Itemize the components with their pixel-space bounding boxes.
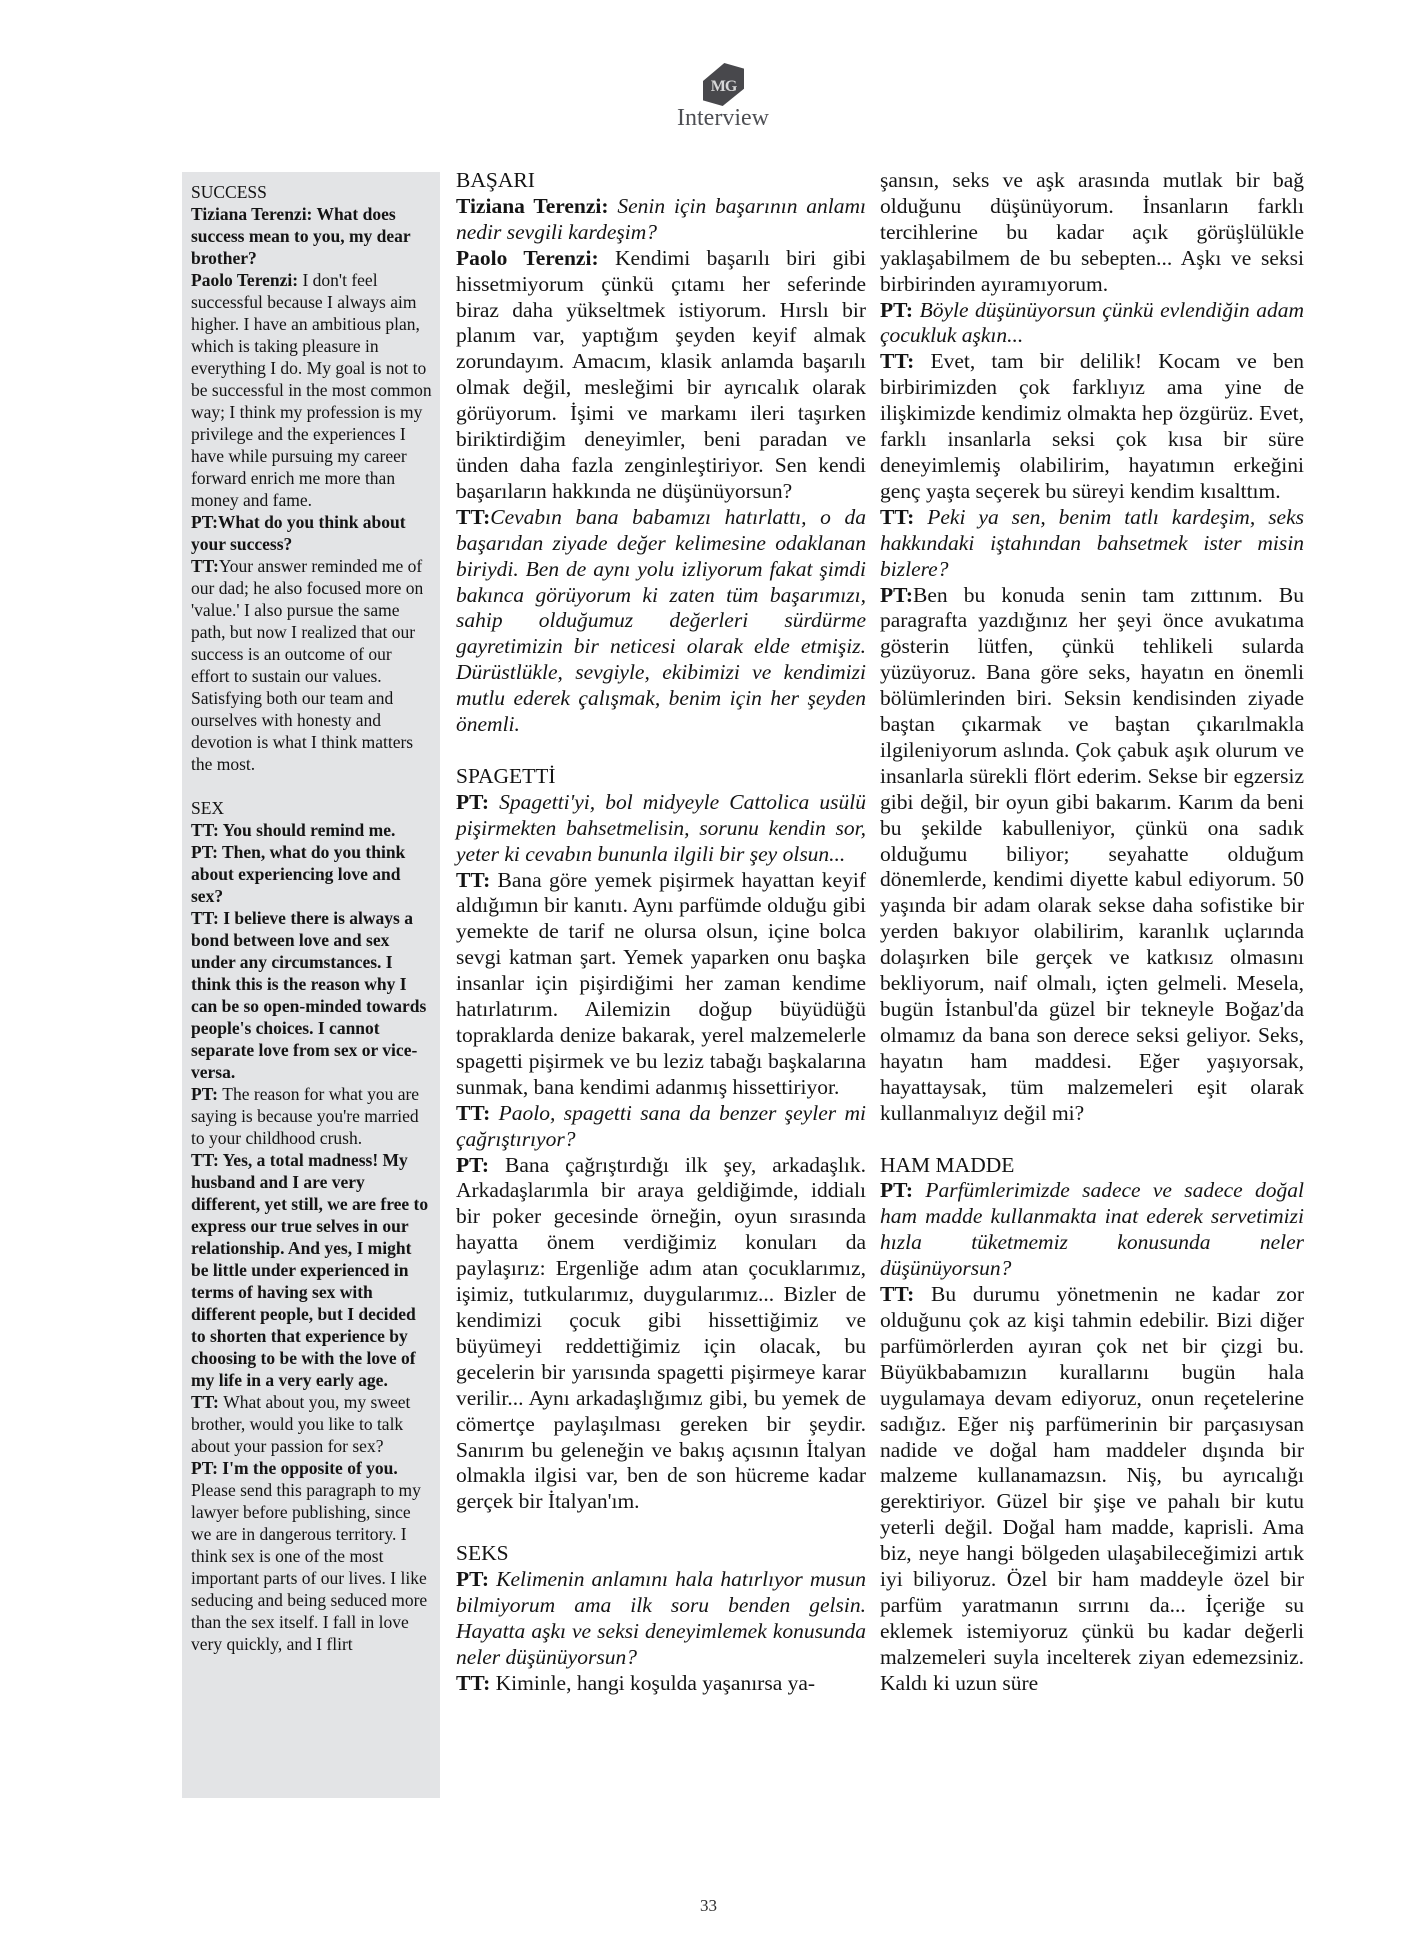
paragraph: PT: Then, what do you think about experi… (191, 841, 432, 907)
paragraph: TT: I believe there is always a bond bet… (191, 907, 432, 1083)
paragraph: TT: Yes, a total madness! My husband and… (191, 1149, 432, 1391)
text-segment: Tiziana Terenzi: What does success mean … (191, 204, 410, 268)
paragraph-spacer (880, 1127, 1304, 1153)
logo-monogram: MG (711, 78, 737, 96)
section-heading: SEX (191, 797, 432, 819)
text-segment: Parfümlerimizde sadece ve sadece doğal h… (880, 1178, 1304, 1280)
text-segment: Kiminle, hangi koşulda yaşanırsa ya- (496, 1671, 815, 1695)
magazine-page: MG Interview SUCCESSTiziana Terenzi: Wha… (0, 0, 1417, 1949)
text-segment: TT: (456, 1101, 499, 1125)
text-segment: TT: I believe there is always a bond bet… (191, 908, 426, 1082)
text-segment: Peki ya sen, benim tatlı kardeşim, seks … (880, 505, 1304, 581)
column-turkish-main: BAŞARITiziana Terenzi: Senin için başarı… (456, 168, 866, 1697)
paragraph: TT:Cevabın bana babamızı hatırlattı, o d… (456, 505, 866, 738)
text-segment: TT: (880, 1282, 931, 1306)
text-segment: TT: Yes, a total madness! My husband and… (191, 1150, 428, 1390)
paragraph: PT:Ben bu konuda senin tam zıttınım. Bu … (880, 583, 1304, 1127)
text-segment: TT: (456, 1671, 496, 1695)
paragraph: TT: What about you, my sweet brother, wo… (191, 1391, 432, 1457)
page-section-title: Interview (573, 105, 873, 132)
column-turkish-continued: şansın, seks ve aşk arasında mutlak bir … (880, 168, 1304, 1697)
paragraph-spacer (456, 738, 866, 764)
section-heading: HAM MADDE (880, 1153, 1304, 1179)
paragraph: TT: Kiminle, hangi koşulda yaşanırsa ya- (456, 1671, 866, 1697)
paragraph: TT:Your answer reminded me of our dad; h… (191, 555, 432, 775)
paragraph: PT: Böyle düşünüyorsun çünkü evlendiğin … (880, 298, 1304, 350)
paragraph: TT: Bu durumu yönetmenin ne kadar zor ol… (880, 1282, 1304, 1697)
text-segment: SEKS (456, 1541, 509, 1565)
text-segment: Your answer reminded me of our dad; he a… (191, 556, 423, 774)
text-segment: I don't feel successful because I always… (191, 270, 432, 510)
text-segment: PT: I'm the opposite of you. (191, 1458, 398, 1478)
text-segment: Bana çağrıştırdığı ilk şey, arkadaşlık. … (456, 1153, 866, 1514)
text-segment: Kendimi başarılı biri gibi hissetmiyorum… (456, 246, 866, 503)
text-segment: SPAGETTİ (456, 764, 556, 788)
paragraph: PT: Kelimenin anlamını hala hatırlıyor m… (456, 1567, 866, 1671)
text-segment: PT: (456, 1153, 505, 1177)
text-segment: PT: (456, 790, 499, 814)
page-footer: 33 (0, 1896, 1417, 1916)
paragraph: PT: Spagetti'yi, bol midyeyle Cattolica … (456, 790, 866, 868)
page-number: 33 (700, 1896, 717, 1915)
paragraph: şansın, seks ve aşk arasında mutlak bir … (880, 168, 1304, 298)
text-segment: Paolo Terenzi: (191, 270, 302, 290)
text-segment: Spagetti'yi, bol midyeyle Cattolica usül… (456, 790, 866, 866)
paragraph: PT: Bana çağrıştırdığı ilk şey, arkadaşl… (456, 1153, 866, 1516)
section-heading: SPAGETTİ (456, 764, 866, 790)
section-heading: BAŞARI (456, 168, 866, 194)
text-segment: Please send this paragraph to my lawyer … (191, 1480, 427, 1654)
text-segment: şansın, seks ve aşk arasında mutlak bir … (880, 168, 1304, 296)
text-segment: Kelimenin anlamını hala hatırlıyor musun… (456, 1567, 866, 1669)
brand-logo-gem-icon: MG (703, 63, 744, 106)
text-segment: PT: (880, 298, 920, 322)
text-segment: HAM MADDE (880, 1153, 1014, 1177)
section-heading: SEKS (456, 1541, 866, 1567)
text-segment: PT: (880, 583, 913, 607)
text-segment: TT: (456, 505, 490, 529)
text-segment: TT: (880, 505, 927, 529)
text-segment: PT:What do you think about your success? (191, 512, 406, 554)
paragraph: Paolo Terenzi: Kendimi başarılı biri gib… (456, 246, 866, 505)
text-segment: SEX (191, 798, 224, 818)
text-segment: Paolo, spagetti sana da benzer şeyler mi… (456, 1101, 866, 1151)
text-segment: Cevabın bana babamızı hatırlattı, o da b… (456, 505, 866, 736)
paragraph: TT: Peki ya sen, benim tatlı kardeşim, s… (880, 505, 1304, 583)
text-segment: TT: (456, 868, 498, 892)
text-segment: Tiziana Terenzi: (456, 194, 617, 218)
text-segment: TT: (880, 349, 930, 373)
paragraph: TT: Bana göre yemek pişirmek hayattan ke… (456, 868, 866, 1101)
text-segment: Bu durumu yönetmenin ne kadar zor olduğu… (880, 1282, 1304, 1695)
text-segment: PT: (880, 1178, 925, 1202)
text-segment: TT: (191, 1392, 223, 1412)
paragraph: PT:What do you think about your success? (191, 511, 432, 555)
text-segment: TT: You should remind me. (191, 820, 395, 840)
paragraph: TT: Paolo, spagetti sana da benzer şeyle… (456, 1101, 866, 1153)
text-segment: What about you, my sweet brother, would … (191, 1392, 410, 1456)
column-english-translation: SUCCESSTiziana Terenzi: What does succes… (182, 172, 440, 1798)
paragraph: PT: I'm the opposite of you. Please send… (191, 1457, 432, 1655)
paragraph-spacer (456, 1515, 866, 1541)
text-segment: Bana göre yemek pişirmek hayattan keyif … (456, 868, 866, 1099)
text-segment: BAŞARI (456, 168, 535, 192)
paragraph-spacer (191, 775, 432, 797)
paragraph: Tiziana Terenzi: What does success mean … (191, 203, 432, 269)
text-segment: The reason for what you are saying is be… (191, 1084, 419, 1148)
paragraph: Paolo Terenzi: I don't feel successful b… (191, 269, 432, 511)
text-segment: PT: (191, 1084, 222, 1104)
paragraph: Tiziana Terenzi: Senin için başarının an… (456, 194, 866, 246)
text-segment: TT: (191, 556, 219, 576)
text-segment: PT: Then, what do you think about experi… (191, 842, 405, 906)
text-segment: Evet, tam bir delilik! Kocam ve ben birb… (880, 349, 1304, 503)
section-heading: SUCCESS (191, 181, 432, 203)
text-segment: Ben bu konuda senin tam zıttınım. Bu par… (880, 583, 1304, 1125)
paragraph: PT: Parfümlerimizde sadece ve sadece doğ… (880, 1178, 1304, 1282)
paragraph: TT: You should remind me. (191, 819, 432, 841)
paragraph: PT: The reason for what you are saying i… (191, 1083, 432, 1149)
text-segment: Böyle düşünüyorsun çünkü evlendiğin adam… (880, 298, 1304, 348)
text-segment: PT: (456, 1567, 496, 1591)
paragraph: TT: Evet, tam bir delilik! Kocam ve ben … (880, 349, 1304, 504)
text-segment: Paolo Terenzi: (456, 246, 615, 270)
text-segment: SUCCESS (191, 182, 267, 202)
